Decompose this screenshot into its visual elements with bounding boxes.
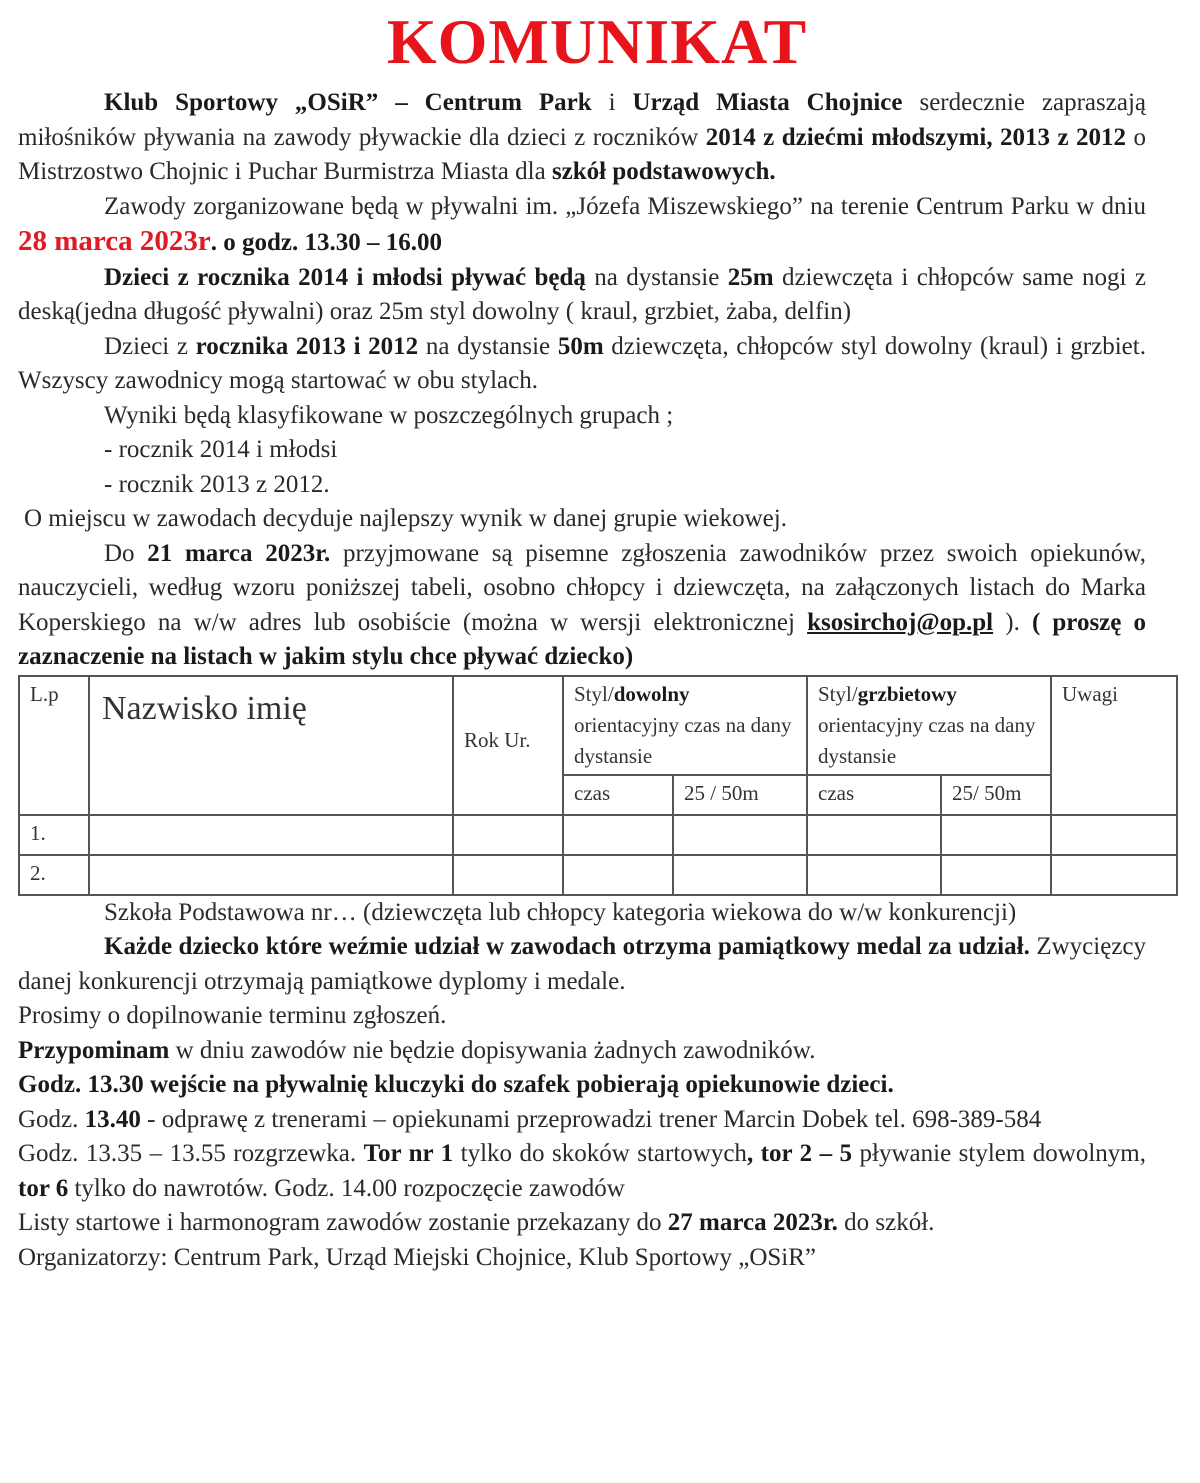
header-backstroke: Styl/grzbietowyorientacyjny czas na dany… bbox=[807, 676, 1051, 775]
older-group-paragraph: Dzieci z rocznika 2013 i 2012 na dystans… bbox=[18, 330, 1146, 399]
cell[interactable] bbox=[673, 855, 807, 895]
medal-paragraph: Każde dziecko które weźmie udział w zawo… bbox=[18, 930, 1146, 999]
club-name: Klub Sportowy „OSiR” – Centrum Park bbox=[104, 89, 592, 116]
text: Styl/ bbox=[574, 682, 614, 706]
cell[interactable] bbox=[1051, 815, 1177, 855]
text: i bbox=[592, 89, 633, 116]
header-freestyle: Styl/dowolnyorientacyjny czas na dany dy… bbox=[563, 676, 807, 775]
table-row: 1. bbox=[19, 815, 1177, 855]
email-link[interactable]: ksosirchoj@op.pl bbox=[807, 609, 993, 636]
text-bold: Tor nr 1 bbox=[364, 1140, 454, 1167]
cell[interactable] bbox=[807, 815, 941, 855]
entry-time: Godz. 13.30 wejście na pływalnię kluczyk… bbox=[18, 1068, 1146, 1103]
group-item: - rocznik 2014 i młodsi bbox=[18, 433, 1146, 468]
event-date: 28 marca 2023r bbox=[18, 225, 211, 257]
cell[interactable] bbox=[563, 815, 673, 855]
text: orientacyjny czas na dany dystansie bbox=[818, 713, 1036, 768]
deadline-reminder: Prosimy o dopilnowanie terminu zgłoszeń. bbox=[18, 999, 1146, 1034]
text: Godz. bbox=[18, 1106, 85, 1133]
text: Do bbox=[104, 540, 147, 567]
table-row: 2. bbox=[19, 855, 1177, 895]
distance: 50m bbox=[558, 333, 604, 360]
venue-paragraph: Zawody zorganizowane będą w pływalni im.… bbox=[18, 190, 1146, 261]
warmup-info: Godz. 13.35 – 13.55 rozgrzewka. Tor nr 1… bbox=[18, 1137, 1146, 1206]
cell[interactable] bbox=[941, 855, 1051, 895]
registration-form-table: L.p Nazwisko imię Rok Ur. Styl/dowolnyor… bbox=[18, 675, 1178, 896]
text-bold: Godz. 13.30 wejście na pływalnię kluczyk… bbox=[18, 1071, 894, 1098]
cell[interactable] bbox=[563, 855, 673, 895]
cell[interactable] bbox=[453, 855, 563, 895]
text-bold: Przypominam bbox=[18, 1037, 169, 1064]
cell[interactable] bbox=[89, 815, 453, 855]
style-name: dowolny bbox=[614, 682, 690, 706]
text-bold: 13.40 bbox=[85, 1106, 141, 1133]
text-bold: Każde dziecko które weźmie udział w zawo… bbox=[104, 933, 1030, 960]
text: ). bbox=[993, 609, 1032, 636]
style-name: grzbietowy bbox=[858, 682, 957, 706]
text: Zawody zorganizowane będą w pływalni im.… bbox=[104, 193, 1146, 220]
city-office-name: Urząd Miasta Chojnice bbox=[633, 89, 903, 116]
row-number: 1. bbox=[19, 815, 89, 855]
header-backstroke-distance: 25/ 50m bbox=[941, 775, 1051, 815]
document-page: KOMUNIKAT Klub Sportowy „OSiR” – Centrum… bbox=[0, 10, 1200, 1275]
cell[interactable] bbox=[941, 815, 1051, 855]
organizers: Organizatorzy: Centrum Park, Urząd Miejs… bbox=[18, 1241, 1146, 1276]
group-item: - rocznik 2013 z 2012. bbox=[18, 468, 1146, 503]
text: Styl/ bbox=[818, 682, 858, 706]
cell[interactable] bbox=[453, 815, 563, 855]
text: Listy startowe i harmonogram zawodów zos… bbox=[18, 1209, 668, 1236]
younger-group-paragraph: Dzieci z rocznika 2014 i młodsi pływać b… bbox=[18, 261, 1146, 330]
header-notes: Uwagi bbox=[1051, 676, 1177, 815]
header-birth-year: Rok Ur. bbox=[453, 676, 563, 815]
intro-paragraph: Klub Sportowy „OSiR” – Centrum Park i Ur… bbox=[18, 86, 1146, 190]
header-backstroke-time: czas bbox=[807, 775, 941, 815]
text-bold: tor 6 bbox=[18, 1175, 68, 1202]
header-freestyle-time: czas bbox=[563, 775, 673, 815]
placement-paragraph: O miejscu w zawodach decyduje najlepszy … bbox=[18, 502, 1146, 537]
registration-paragraph: Do 21 marca 2023r. przyjmowane są pisemn… bbox=[18, 537, 1146, 675]
header-name: Nazwisko imię bbox=[89, 676, 453, 815]
header-freestyle-distance: 25 / 50m bbox=[673, 775, 807, 815]
start-lists-info: Listy startowe i harmonogram zawodów zos… bbox=[18, 1206, 1146, 1241]
event-time: . o godz. 13.30 – 16.00 bbox=[211, 229, 442, 256]
cell[interactable] bbox=[1051, 855, 1177, 895]
school-paragraph: Szkoła Podstawowa nr… (dziewczęta lub ch… bbox=[18, 896, 1146, 931]
year-groups: 2014 z dziećmi młodszymi, 2013 z 2012 bbox=[706, 124, 1126, 151]
briefing-info: Godz. 13.40 - odprawę z trenerami – opie… bbox=[18, 1103, 1146, 1138]
text: Godz. 13.35 – 13.55 rozgrzewka. bbox=[18, 1140, 364, 1167]
text-bold: Dzieci z rocznika 2014 i młodsi pływać b… bbox=[104, 264, 586, 291]
text: do szkół. bbox=[838, 1209, 935, 1236]
text: na dystansie bbox=[586, 264, 728, 291]
no-late-entries: Przypominam w dniu zawodów nie będzie do… bbox=[18, 1034, 1146, 1069]
text: Dzieci z bbox=[104, 333, 196, 360]
cell[interactable] bbox=[673, 815, 807, 855]
header-lp: L.p bbox=[19, 676, 89, 815]
deadline-date: 21 marca 2023r. bbox=[147, 540, 330, 567]
school-type: szkół podstawowych. bbox=[552, 158, 776, 185]
row-number: 2. bbox=[19, 855, 89, 895]
text: orientacyjny czas na dany dystansie bbox=[574, 713, 792, 768]
text-bold: , tor 2 – 5 bbox=[747, 1140, 852, 1167]
text-bold: rocznika 2013 i 2012 bbox=[196, 333, 419, 360]
text-bold: 27 marca 2023r. bbox=[668, 1209, 838, 1236]
cell[interactable] bbox=[807, 855, 941, 895]
results-paragraph: Wyniki będą klasyfikowane w poszczególny… bbox=[18, 399, 1146, 434]
distance: 25m bbox=[728, 264, 774, 291]
text: - odprawę z trenerami – opiekunami przep… bbox=[141, 1106, 1041, 1133]
page-title: KOMUNIKAT bbox=[18, 10, 1146, 74]
text: na dystansie bbox=[418, 333, 558, 360]
text: w dniu zawodów nie będzie dopisywania ża… bbox=[169, 1037, 815, 1064]
text: pływanie stylem dowolnym, bbox=[852, 1140, 1146, 1167]
text: tylko do nawrotów. Godz. 14.00 rozpoczęc… bbox=[68, 1175, 625, 1202]
cell[interactable] bbox=[89, 855, 453, 895]
text: tylko do skoków startowych bbox=[453, 1140, 747, 1167]
